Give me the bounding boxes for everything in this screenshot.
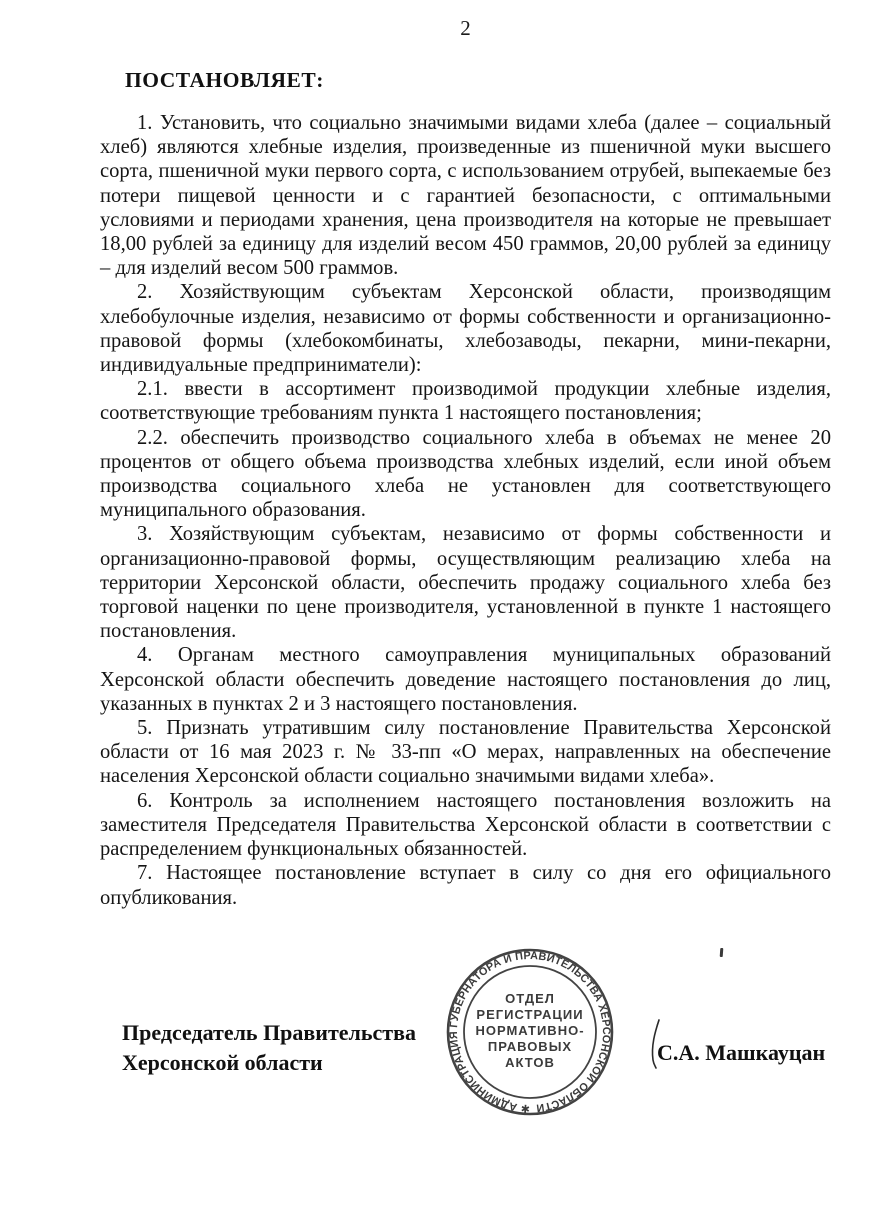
stamp-center-line: АКТОВ (505, 1055, 555, 1070)
decree-body: 1. Установить, что социально значимыми в… (100, 111, 831, 910)
paragraph-3: 3. Хозяйствующим субъектам, независимо о… (100, 522, 831, 643)
signatory-name: С.А. Машкауцан (657, 1040, 825, 1066)
stamp-center-line: ПРАВОВЫХ (488, 1039, 572, 1054)
paragraph-2-2: 2.2. обеспечить производство социального… (100, 426, 831, 523)
stamp-center-line: ОТДЕЛ (505, 991, 555, 1006)
paragraph-7: 7. Настоящее постановление вступает в си… (100, 861, 831, 909)
stamp-center-line: НОРМАТИВНО- (475, 1023, 584, 1038)
stamp-center-line: РЕГИСТРАЦИИ (476, 1007, 583, 1022)
paragraph-4: 4. Органам местного самоуправления муниц… (100, 643, 831, 716)
paragraph-6: 6. Контроль за исполнением настоящего по… (100, 789, 831, 862)
signatory-title-line1: Председатель Правительства (122, 1018, 416, 1048)
paragraph-1: 1. Установить, что социально значимыми в… (100, 111, 831, 280)
document-page: 2 ПОСТАНОВЛЯЕТ: 1. Установить, что социа… (0, 0, 872, 1225)
official-stamp: ✱ АДМИНИСТРАЦИЯ ГУБЕРНАТОРА И ПРАВИТЕЛЬС… (445, 947, 615, 1117)
paragraph-2-1: 2.1. ввести в ассортимент производимой п… (100, 377, 831, 425)
paragraph-5: 5. Признать утратившим силу постановлени… (100, 716, 831, 789)
paragraph-2: 2. Хозяйствующим субъектам Херсонской об… (100, 280, 831, 377)
decree-heading: ПОСТАНОВЛЯЕТ: (125, 68, 324, 93)
ink-tick-mark (720, 948, 724, 957)
signatory-title-line2: Херсонской области (122, 1048, 416, 1078)
page-number: 2 (100, 16, 831, 41)
signatory-title: Председатель Правительства Херсонской об… (122, 1018, 416, 1078)
